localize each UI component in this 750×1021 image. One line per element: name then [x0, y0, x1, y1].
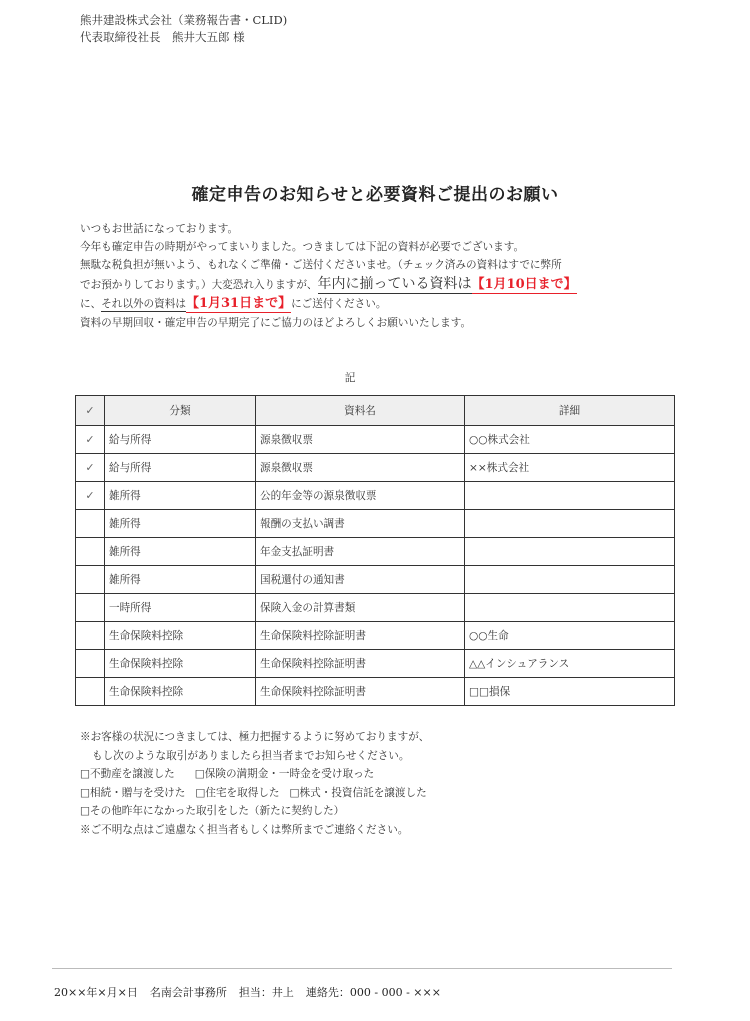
- cell-category: 雑所得: [105, 538, 256, 566]
- table-row: ✓ 雑所得 公的年金等の源泉徴収票: [76, 482, 675, 510]
- check-cell: [76, 538, 105, 566]
- header-check: ✓: [76, 396, 105, 426]
- checklist-item-other: □その他昨年になかった取引をした（新たに契約した）: [80, 805, 344, 817]
- cell-detail: △△インシュアランス: [465, 650, 675, 678]
- document-title: 確定申告のお知らせと必要資料ご提出のお願い: [0, 180, 750, 205]
- table-row: 雑所得 報酬の支払い調書: [76, 510, 675, 538]
- notes-block: ※お客様の状況につきましては、極力把握するように努めておりますが、 もし次のよう…: [80, 728, 429, 839]
- check-cell: [76, 594, 105, 622]
- header-category: 分類: [105, 396, 256, 426]
- cell-detail: [465, 510, 675, 538]
- cell-detail: □□損保: [465, 678, 675, 706]
- cell-category: 給与所得: [105, 454, 256, 482]
- cell-document: 国税還付の通知書: [256, 566, 465, 594]
- note-line-contact: ※ご不明な点はご遠慮なく担当者もしくは弊所までご連絡ください。: [80, 821, 429, 840]
- body-text-segment: でお預かりしております。）大変恐れ入りますが、: [80, 279, 318, 291]
- check-cell: [76, 566, 105, 594]
- checklist-item-inheritance: □相続・贈与を受けた: [80, 787, 185, 799]
- check-mark-icon: ✓: [76, 426, 105, 454]
- footer-office: 名南会計事務所: [150, 986, 227, 999]
- deadline-jan-31: 【1月31日まで】: [186, 296, 291, 313]
- cell-category: 生命保険料控除: [105, 622, 256, 650]
- check-cell: [76, 510, 105, 538]
- addressee-person: 代表取締役社長 熊井大五郎 様: [80, 29, 287, 46]
- check-mark-icon: ✓: [76, 482, 105, 510]
- body-text-segment: にご送付ください。: [291, 298, 386, 310]
- cell-category: 生命保険料控除: [105, 650, 256, 678]
- cell-detail: [465, 594, 675, 622]
- table-row: 一時所得 保険入金の計算書類: [76, 594, 675, 622]
- table-row: 生命保険料控除 生命保険料控除証明書 ○○生命: [76, 622, 675, 650]
- body-line-closing: 資料の早期回収・確定申告の早期完了にご協力のほどよろしくお願いいたします。: [80, 314, 680, 332]
- table-header-row: ✓ 分類 資料名 詳細: [76, 396, 675, 426]
- body-line-intro: 今年も確定申告の時期がやってまいりました。つきましては下記の資料が必要でございま…: [80, 238, 680, 256]
- table-row: 生命保険料控除 生命保険料控除証明書 □□損保: [76, 678, 675, 706]
- cell-document: 生命保険料控除証明書: [256, 622, 465, 650]
- body-line-deadline-1: でお預かりしております。）大変恐れ入りますが、年内に揃っている資料は【1月10日…: [80, 274, 680, 294]
- cell-document: 生命保険料控除証明書: [256, 678, 465, 706]
- check-mark-icon: ✓: [76, 454, 105, 482]
- ki-label: 記: [0, 370, 700, 385]
- footer-date: 20××年×月×日: [54, 986, 138, 999]
- checklist-item-insurance-payout: □保険の満期金・一時金を受け取った: [195, 768, 375, 780]
- emphasis-year-end-docs: 年内に揃っている資料は: [318, 276, 472, 294]
- body-line-deadline-2: に、それ以外の資料は【1月31日まで】にご送付ください。: [80, 294, 680, 314]
- footer-contact: 連絡先：000 - 000 - ×××: [306, 986, 441, 999]
- table-row: 生命保険料控除 生命保険料控除証明書 △△インシュアランス: [76, 650, 675, 678]
- body-text-segment: に、: [80, 298, 101, 310]
- checklist-item-real-estate: □不動産を譲渡した: [80, 768, 175, 780]
- body-text: いつもお世話になっております。 今年も確定申告の時期がやってまいりました。つきま…: [80, 220, 680, 332]
- note-line-1: ※お客様の状況につきましては、極力把握するように努めておりますが、: [80, 728, 429, 747]
- emphasis-other-docs: それ以外の資料は: [101, 298, 186, 312]
- cell-detail: ○○生命: [465, 622, 675, 650]
- cell-document: 報酬の支払い調書: [256, 510, 465, 538]
- checklist-item-housing: □住宅を取得した: [195, 787, 279, 799]
- cell-category: 雑所得: [105, 566, 256, 594]
- header-document: 資料名: [256, 396, 465, 426]
- cell-document: 保険入金の計算書類: [256, 594, 465, 622]
- cell-category: 給与所得: [105, 426, 256, 454]
- check-cell: [76, 650, 105, 678]
- cell-document: 公的年金等の源泉徴収票: [256, 482, 465, 510]
- cell-document: 生命保険料控除証明書: [256, 650, 465, 678]
- cell-category: 一時所得: [105, 594, 256, 622]
- cell-category: 雑所得: [105, 482, 256, 510]
- table-row: 雑所得 国税還付の通知書: [76, 566, 675, 594]
- cell-category: 生命保険料控除: [105, 678, 256, 706]
- checklist-line-2: □相続・贈与を受けた□住宅を取得した□株式・投資信託を譲渡した: [80, 784, 429, 803]
- checklist-line-3: □その他昨年になかった取引をした（新たに契約した）: [80, 802, 429, 821]
- cell-document: 年金支払証明書: [256, 538, 465, 566]
- check-cell: [76, 622, 105, 650]
- body-line-greeting: いつもお世話になっております。: [80, 220, 680, 238]
- footer-divider: [52, 968, 672, 969]
- note-line-2: もし次のような取引がありましたら担当者までお知らせください。: [80, 747, 429, 766]
- table-row: 雑所得 年金支払証明書: [76, 538, 675, 566]
- addressee-block: 熊井建設株式会社（業務報告書・CLID) 代表取締役社長 熊井大五郎 様: [80, 12, 287, 46]
- cell-category: 雑所得: [105, 510, 256, 538]
- cell-document: 源泉徴収票: [256, 426, 465, 454]
- cell-detail: [465, 566, 675, 594]
- cell-document: 源泉徴収票: [256, 454, 465, 482]
- table-row: ✓ 給与所得 源泉徴収票 ○○株式会社: [76, 426, 675, 454]
- header-detail: 詳細: [465, 396, 675, 426]
- table-row: ✓ 給与所得 源泉徴収票 ××株式会社: [76, 454, 675, 482]
- body-line-request: 無駄な税負担が無いよう、もれなくご準備・ご送付くださいませ。（チェック済みの資料…: [80, 256, 680, 274]
- addressee-company: 熊井建設株式会社（業務報告書・CLID): [80, 12, 287, 29]
- cell-detail: ××株式会社: [465, 454, 675, 482]
- cell-detail: [465, 482, 675, 510]
- footer: 20××年×月×日名南会計事務所担当：井上連絡先：000 - 000 - ×××: [54, 984, 441, 1000]
- checklist-line-1: □不動産を譲渡した□保険の満期金・一時金を受け取った: [80, 765, 429, 784]
- documents-table: ✓ 分類 資料名 詳細 ✓ 給与所得 源泉徴収票 ○○株式会社 ✓ 給与所得 源…: [75, 395, 675, 706]
- checklist-item-securities: □株式・投資信託を譲渡した: [290, 787, 427, 799]
- cell-detail: ○○株式会社: [465, 426, 675, 454]
- deadline-jan-10: 【1月10日まで】: [472, 277, 577, 294]
- cell-detail: [465, 538, 675, 566]
- check-cell: [76, 678, 105, 706]
- footer-staff: 担当：井上: [239, 986, 294, 999]
